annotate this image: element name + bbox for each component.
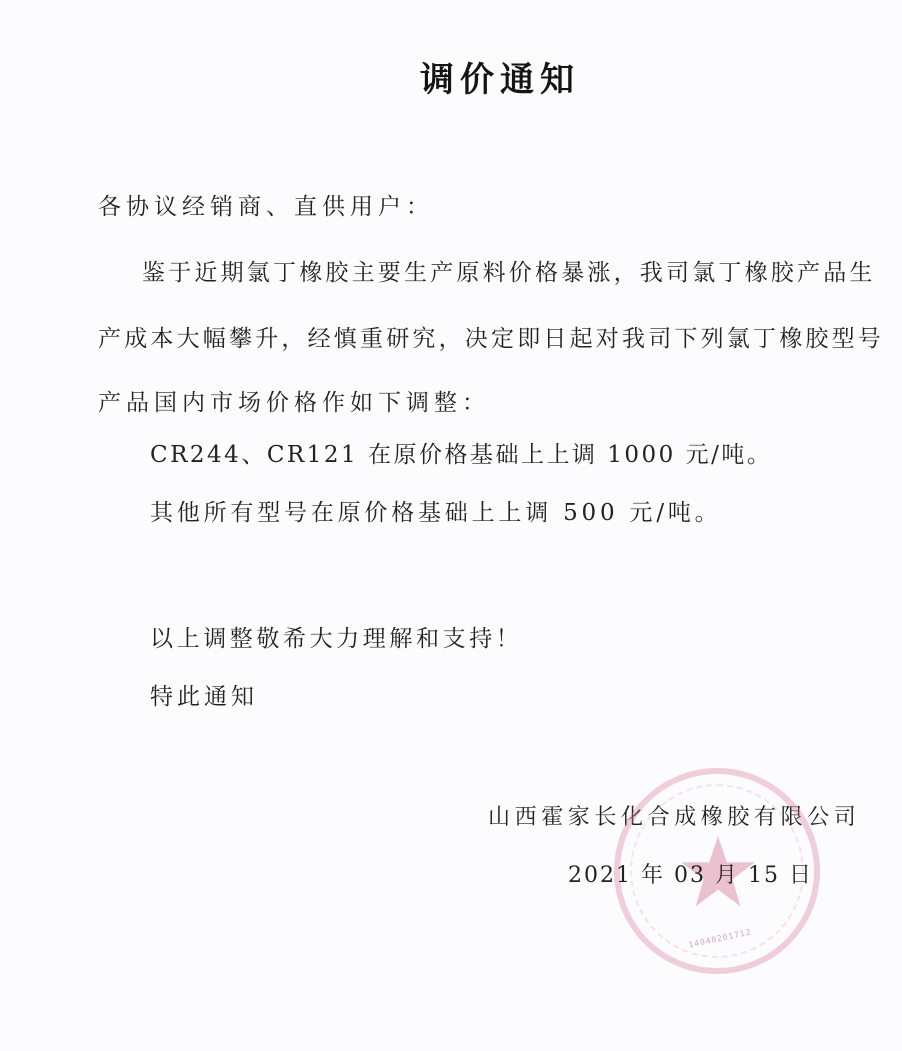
- body-paragraph-line-3: 产品国内市场价格作如下调整：: [98, 384, 490, 417]
- document-page: 调价通知 各协议经销商、直供用户： 鉴于近期氯丁橡胶主要生产原料价格暴涨，我司氯…: [0, 0, 902, 1051]
- price-adjustment-item-1: CR244、CR121 在原价格基础上上调 1000 元/吨。: [150, 436, 772, 469]
- document-title: 调价通知: [0, 52, 902, 101]
- issue-date: 2021 年 03 月 15 日: [568, 858, 813, 889]
- body-paragraph-line-1: 鉴于近期氯丁橡胶主要生产原料价格暴涨，我司氯丁橡胶产品生: [142, 254, 876, 287]
- price-adjustment-item-2: 其他所有型号在原价格基础上上调 500 元/吨。: [150, 494, 721, 527]
- salutation: 各协议经销商、直供用户：: [98, 188, 434, 221]
- body-paragraph-line-2: 产成本大幅攀升，经慎重研究，决定即日起对我司下列氯丁橡胶型号: [98, 320, 884, 353]
- closing-notice: 特此通知: [150, 678, 258, 711]
- closing-remark: 以上调整敬希大力理解和支持！: [150, 620, 522, 653]
